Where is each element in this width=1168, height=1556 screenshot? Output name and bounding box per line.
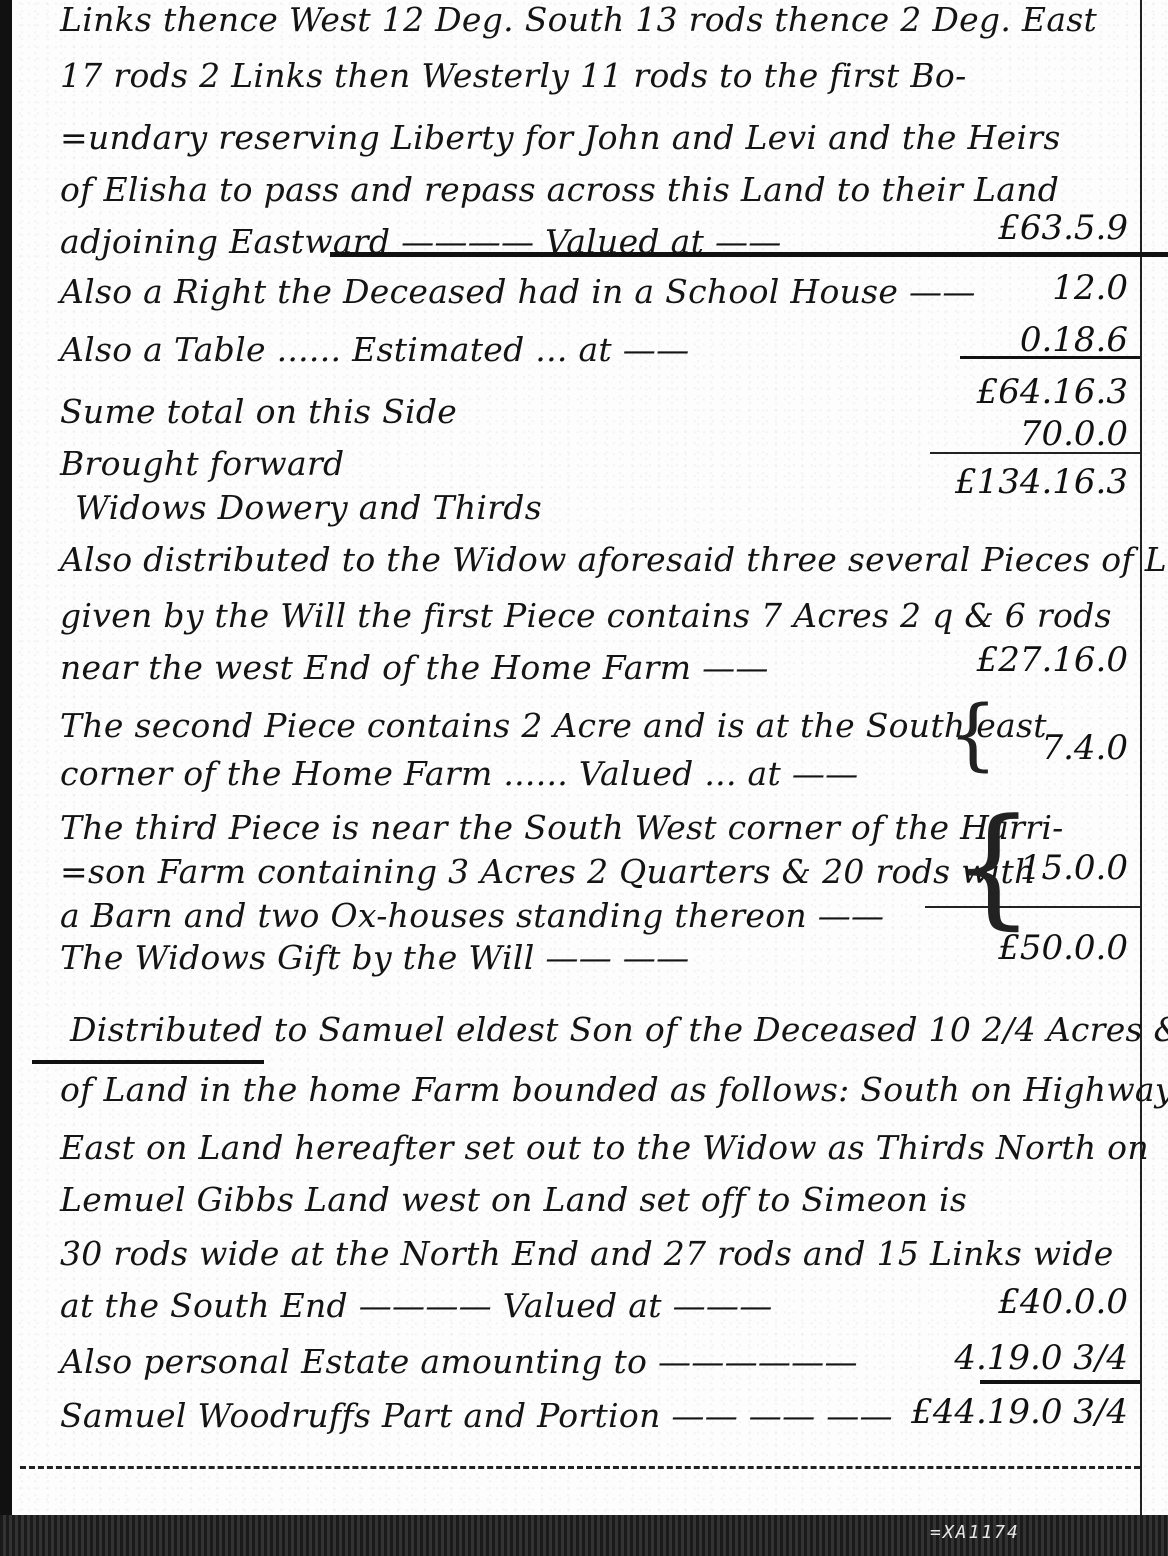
text-line-16: The third Piece is near the South West c… <box>60 808 1064 847</box>
amount-line-5: £63.5.9 <box>998 208 1128 248</box>
text-line-18: a Barn and two Ox-houses standing thereo… <box>60 896 884 935</box>
text-line-12: given by the Will the first Piece contai… <box>60 596 1112 635</box>
portion-total-rule <box>980 1380 1140 1384</box>
amount-line-9: 70.0.0 <box>1020 414 1128 454</box>
text-line-24: 30 rods wide at the North End and 27 rod… <box>60 1234 1114 1273</box>
right-margin-rule <box>1140 0 1142 1515</box>
text-line-11: Also distributed to the Widow aforesaid … <box>60 540 1168 579</box>
scan-left-edge <box>0 0 12 1556</box>
text-line-9: Brought forward <box>60 444 344 483</box>
closing-dashed-rule <box>20 1466 1140 1469</box>
text-line-4: of Elisha to pass and repass across this… <box>60 170 1059 209</box>
amount-line-27: £44.19.0 3/4 <box>911 1392 1128 1432</box>
text-line-7: Also a Table ...... Estimated ... at —— <box>60 330 689 369</box>
amount-line-13: £27.16.0 <box>977 640 1128 680</box>
catalog-number: =XA1174 <box>930 1522 1020 1543</box>
text-line-27: Samuel Woodruffs Part and Portion —— —— … <box>60 1396 893 1435</box>
text-line-10: Widows Dowery and Thirds <box>75 488 542 527</box>
text-line-14: The second Piece contains 2 Acre and is … <box>60 706 1047 745</box>
text-line-8: Sume total on this Side <box>60 392 457 431</box>
distributed-underline <box>32 1060 264 1064</box>
total-rule <box>930 452 1140 454</box>
text-line-15: corner of the Home Farm ...... Valued ..… <box>60 754 858 793</box>
manuscript-page: Links thence West 12 Deg. South 13 rods … <box>0 0 1168 1556</box>
text-line-6: Also a Right the Deceased had in a Schoo… <box>60 272 976 311</box>
text-line-20: Distributed to Samuel eldest Son of the … <box>70 1010 1168 1049</box>
text-line-26: Also personal Estate amounting to —————— <box>60 1342 858 1381</box>
amount-line-17: 15.0.0 <box>1020 848 1128 888</box>
widow-total-rule <box>925 906 1140 908</box>
text-line-2: 17 rods 2 Links then Westerly 11 rods to… <box>60 56 967 95</box>
amount-line-15: 7.4.0 <box>1041 728 1128 768</box>
amount-line-25: £40.0.0 <box>998 1282 1128 1322</box>
amount-line-26: 4.19.0 3/4 <box>954 1338 1128 1378</box>
section-divider-rule <box>330 252 1168 257</box>
text-line-21: of Land in the home Farm bounded as foll… <box>60 1070 1168 1109</box>
amount-line-10: £134.16.3 <box>955 462 1128 502</box>
text-line-19: The Widows Gift by the Will —— —— <box>60 938 689 977</box>
amount-line-19: £50.0.0 <box>998 928 1128 968</box>
text-line-22: East on Land hereafter set out to the Wi… <box>60 1128 1149 1167</box>
brace-second-piece: { <box>948 690 998 780</box>
text-line-3: =undary reserving Liberty for John and L… <box>60 118 1061 157</box>
brace-third-piece: { <box>952 790 1035 942</box>
subtotal-rule <box>960 356 1140 359</box>
text-line-23: Lemuel Gibbs Land west on Land set off t… <box>60 1180 967 1219</box>
text-line-1: Links thence West 12 Deg. South 13 rods … <box>60 0 1097 39</box>
amount-line-8: £64.16.3 <box>977 372 1128 412</box>
text-line-17: =son Farm containing 3 Acres 2 Quarters … <box>60 852 1036 891</box>
amount-line-7: 0.18.6 <box>1020 320 1128 360</box>
text-line-25: at the South End ———— Valued at ——— <box>60 1286 773 1325</box>
text-line-13: near the west End of the Home Farm —— <box>60 648 769 687</box>
amount-line-6: 12.0 <box>1052 268 1128 308</box>
